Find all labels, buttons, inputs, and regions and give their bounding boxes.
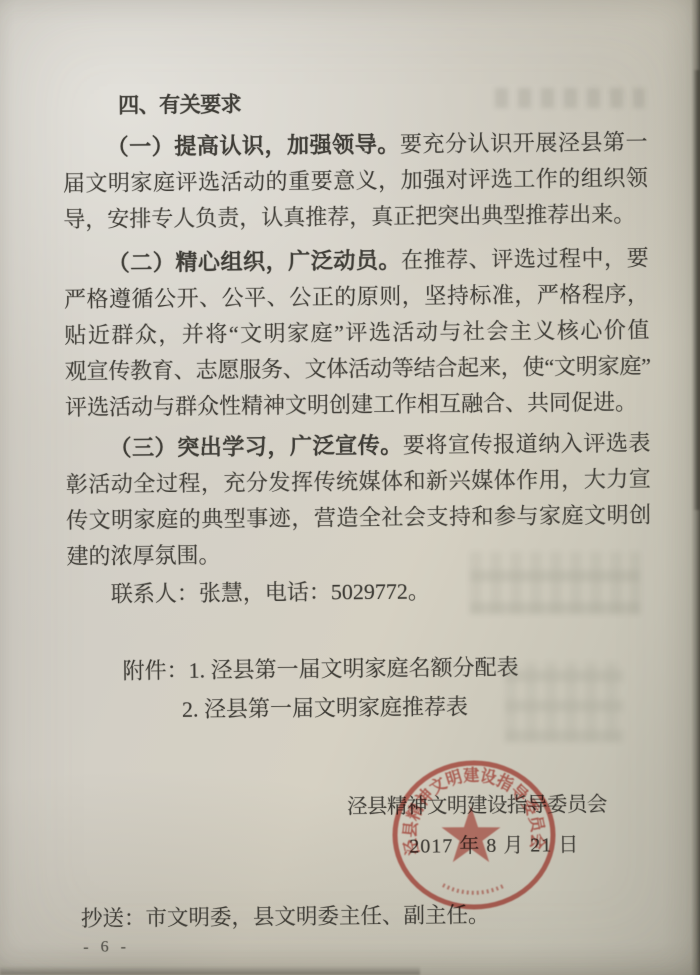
paragraph-lead: （一）提高认识，加强领导。 xyxy=(106,132,400,160)
paragraph-line: 传文明家庭的典型事迹，营造全社会支持和参与家庭文明创 xyxy=(66,497,651,539)
attachment-1-text: 1. 泾县第一届文明家庭名额分配表 xyxy=(188,654,518,682)
paragraph-line: （三）突出学习，广泛宣传。要将宣传报道纳入评选表 xyxy=(65,425,650,467)
official-seal: 泾县精神文明建设指导委员会 xyxy=(389,757,559,913)
paragraph-line: 严格遵循公开、公平、公正的原则，坚持标准，严格程序， xyxy=(64,276,649,318)
paragraph-3: （三）突出学习，广泛宣传。要将宣传报道纳入评选表 彰活动全过程，充分发挥传统媒体… xyxy=(65,425,651,575)
page-edge-shadow xyxy=(693,70,700,510)
paragraph-text: 要充分认识开展泾县第一 xyxy=(400,129,648,156)
paragraph-text: 在推荐、评选过程中，要 xyxy=(401,245,649,272)
paragraph-line: 届文明家庭评选活动的重要意义，加强对评选工作的组织领 xyxy=(63,161,648,203)
paragraph-text: 要将宣传报道纳入评选表 xyxy=(403,430,651,457)
page-edge-shadow xyxy=(0,966,420,975)
seal-code-marks xyxy=(443,885,505,893)
document-body: 四、有关要求 （一）提高认识，加强领导。要充分认识开展泾县第一 届文明家庭评选活… xyxy=(62,82,653,729)
contact-line: 联系人：张慧，电话：5029772。 xyxy=(67,572,652,614)
paragraph-line: 评选活动与群众性精神文明创建工作相互融合、共同促进。 xyxy=(65,385,650,427)
paragraph-line: 贴近群众，并将“文明家庭”评选活动与社会主义核心价值 xyxy=(64,312,649,354)
paragraph-1: （一）提高认识，加强领导。要充分认识开展泾县第一 届文明家庭评选活动的重要意义，… xyxy=(62,124,648,238)
attachments-block: 附件：1. 泾县第一届文明家庭名额分配表 2. 泾县第一届文明家庭推荐表 xyxy=(67,646,653,730)
paragraph-line: （二）精心组织，广泛动员。在推荐、评选过程中，要 xyxy=(64,240,649,282)
attachment-item-2: 2. 泾县第一届文明家庭推荐表 xyxy=(68,685,653,730)
page-number: - 6 - xyxy=(83,938,130,956)
paragraph-line: 观宣传教育、志愿服务、文体活动等结合起来，使“文明家庭” xyxy=(65,349,650,391)
paragraph-lead: （二）精心组织，广泛动员。 xyxy=(108,247,402,275)
section-heading: 四、有关要求 xyxy=(62,82,647,124)
paragraph-2: （二）精心组织，广泛动员。在推荐、评选过程中，要 严格遵循公开、公平、公正的原则… xyxy=(64,240,651,427)
paragraph-line: 导，安排专人负责，认真推荐，真正把突出典型推荐出来。 xyxy=(63,197,648,239)
seal-star-icon xyxy=(442,806,501,862)
paragraph-line: 建的浓厚氛围。 xyxy=(66,534,651,576)
attachments-label: 附件： xyxy=(122,657,188,683)
paragraph-line: （一）提高认识，加强领导。要充分认识开展泾县第一 xyxy=(62,124,647,166)
attachment-item-1: 附件：1. 泾县第一届文明家庭名额分配表 xyxy=(67,646,652,691)
paragraph-lead: （三）突出学习，广泛宣传。 xyxy=(109,432,403,460)
document-page: 四、有关要求 （一）提高认识，加强领导。要充分认识开展泾县第一 届文明家庭评选活… xyxy=(0,0,700,975)
paragraph-line: 彰活动全过程，充分发挥传统媒体和新兴媒体作用，大力宣 xyxy=(66,461,651,503)
